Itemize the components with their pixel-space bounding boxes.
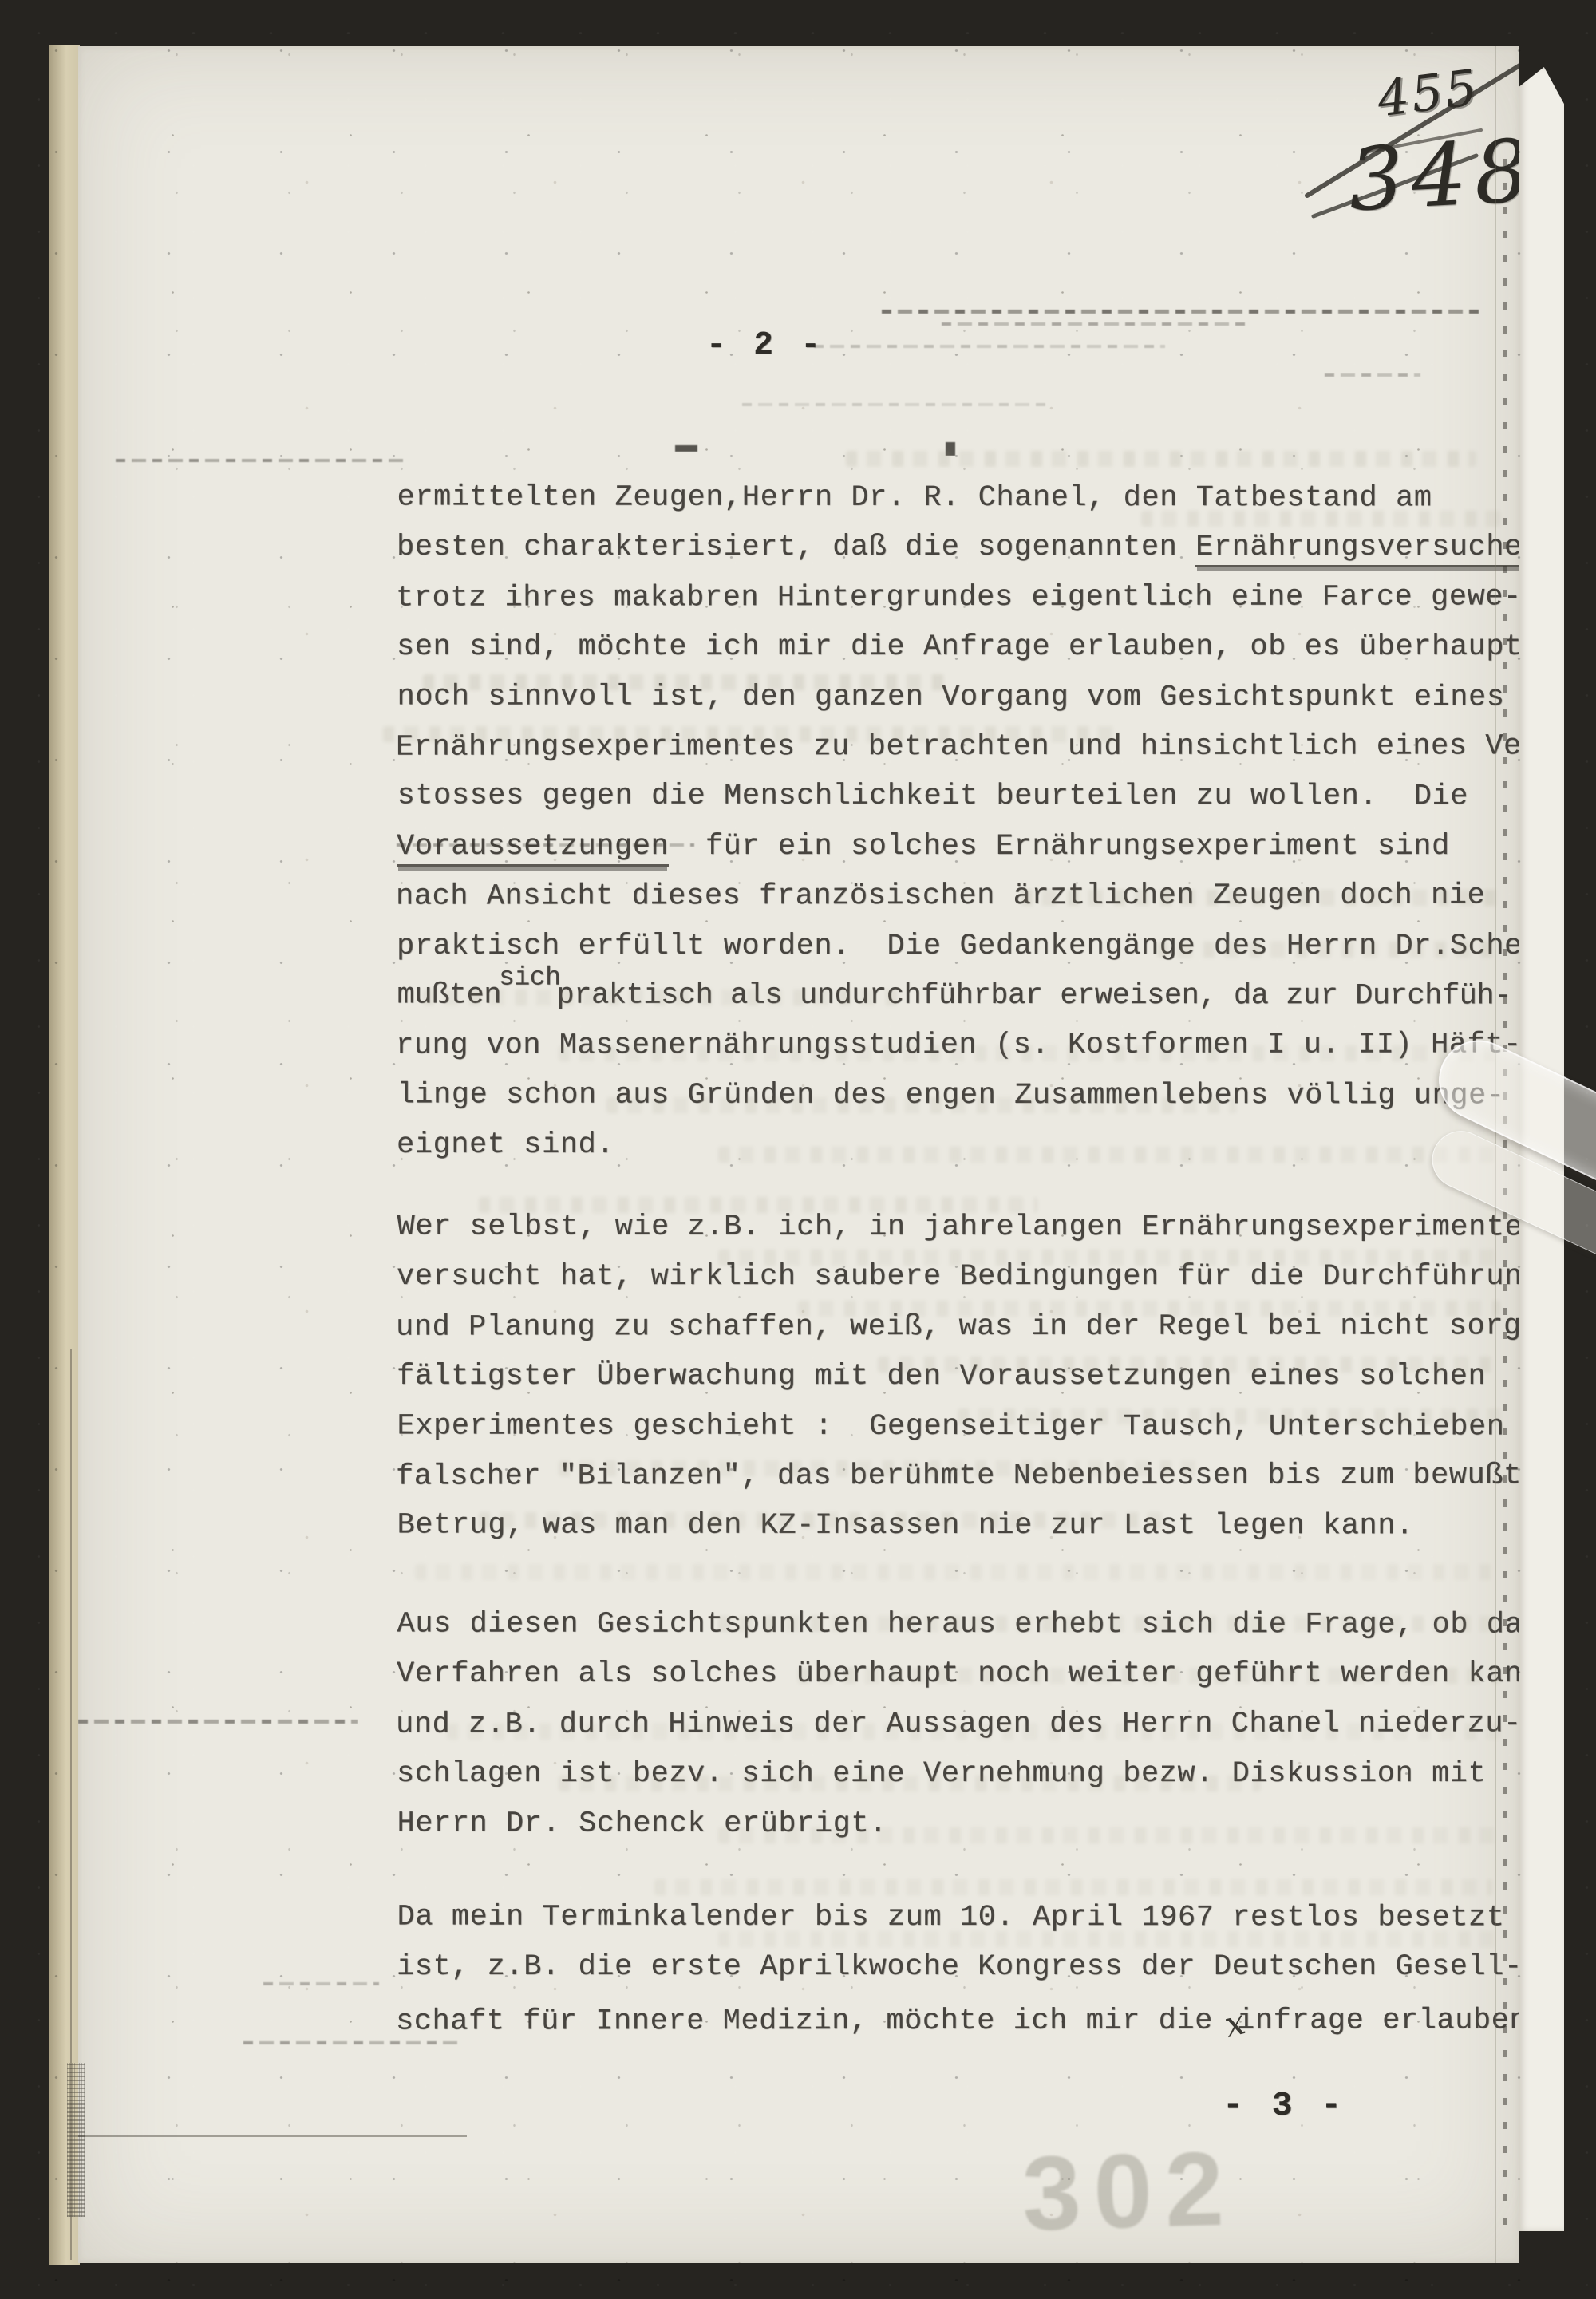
bleed-through-line	[559, 1460, 1197, 1476]
bleed-through-line	[798, 1301, 1500, 1317]
bleed-through-line	[798, 1668, 1500, 1684]
typed-line: ist, z.B. die erste Aprilkwoche Kongress…	[397, 1942, 1519, 1992]
text-segment: trotz ihres makabren Hintergrundes eigen…	[396, 580, 1519, 614]
strikethrough-strokes	[1291, 50, 1519, 242]
text-segment: besten charakterisiert, daß die sogenann…	[397, 531, 1195, 564]
bleed-through-line	[718, 1250, 1500, 1266]
page-number-bottom: - 3 -	[1223, 2086, 1345, 2125]
typed-line: besten charakterisiert, daß die sogenann…	[397, 523, 1519, 572]
paragraph: ermittelten Zeugen,Herrn Dr. R. Chanel, …	[397, 473, 1519, 1170]
typed-line: stosses gegen die Menschlichkeit beurtei…	[397, 772, 1519, 822]
bleed-through-line	[559, 1776, 1261, 1791]
smudge-line	[942, 322, 1245, 326]
typed-line: schlagen ist bezv. sich eine Vernehmung …	[397, 1749, 1519, 1799]
typed-line: schaft für Innere Medizin, möchte ich mi…	[396, 1992, 1519, 2043]
bleed-through-line	[559, 1045, 1500, 1061]
book-spine-edge	[49, 45, 80, 2265]
smudge-line	[116, 459, 407, 462]
text-segment: Wer selbst, wie z.B. ich, in jahrelangen…	[397, 1210, 1519, 1244]
bleed-through-line	[479, 1512, 1173, 1528]
bleed-through-line	[1141, 511, 1500, 527]
bleed-through-line	[606, 1097, 1237, 1113]
text-segment: schaft für Innere Medizin, möchte ich mi…	[396, 2004, 1231, 2038]
bleed-through-line	[1157, 942, 1500, 958]
typed-line: sen sind, möchte ich mir die Anfrage erl…	[397, 622, 1519, 672]
smudge-line	[742, 403, 1045, 406]
scanned-document-page: ermittelten Zeugen,Herrn Dr. R. Chanel, …	[0, 0, 1596, 2299]
smudge-line	[1325, 373, 1420, 377]
bleed-through-line	[1021, 890, 1500, 906]
stamp-number: 302	[1021, 2128, 1238, 2254]
bleed-through-line	[718, 1827, 1500, 1843]
text-segment: ermittelten Zeugen,Herrn Dr. R. Chanel, …	[397, 480, 1432, 515]
underlined-text: Voraussetzungen	[397, 830, 669, 867]
text-segment: infrage erlauben.	[1237, 2004, 1519, 2037]
paragraph: Da mein Terminkalender bis zum 10. April…	[397, 1893, 1519, 2042]
smudge-line	[882, 310, 1480, 314]
bleed-through-line	[718, 1616, 1500, 1632]
bleed-through-line	[654, 1879, 1492, 1895]
text-segment: eignet sind.	[397, 1128, 614, 1162]
typed-line: eignet sind.	[397, 1120, 1519, 1170]
bleed-through-line	[447, 1724, 1500, 1740]
bleed-through-line	[878, 1357, 1500, 1373]
page-crease-line	[70, 1349, 72, 2260]
bleed-through-line	[479, 1197, 1037, 1213]
text-segment: Da mein Terminkalender bis zum 10. April…	[397, 1900, 1504, 1934]
bleed-through-line	[415, 1564, 1500, 1580]
ink-fragment	[675, 445, 697, 452]
smudge-line	[263, 1982, 379, 1985]
bleed-through-line	[958, 1408, 1500, 1424]
text-segment: ist, z.B. die erste Aprilkwoche Kongress…	[397, 1950, 1519, 1984]
bleed-through-line	[423, 990, 902, 1005]
underlined-text: Ernährungsversuche	[1195, 531, 1519, 567]
paper-sheet: ermittelten Zeugen,Herrn Dr. R. Chanel, …	[78, 46, 1519, 2263]
smudge-line	[397, 843, 694, 847]
bleed-through-line	[718, 1931, 1500, 1947]
typed-line: trotz ihres makabren Hintergrundes eigen…	[396, 572, 1519, 623]
text-segment: für ein solches Ernährungsexperiment sin…	[669, 830, 1449, 863]
typed-line: falscher "Bilanzen", das berühmte Nebenb…	[396, 1451, 1519, 1502]
page-number-top: - 2 -	[706, 327, 824, 364]
bleed-through-line	[423, 674, 950, 690]
bleed-through-line	[718, 1147, 1500, 1163]
pencil-line	[78, 2135, 467, 2137]
smudge-line	[243, 2041, 459, 2044]
smudge-line	[78, 1720, 358, 1724]
smudge-line	[814, 345, 1165, 348]
text-segment: sen sind, möchte ich mir die Anfrage erl…	[397, 630, 1519, 664]
typed-line: linge schon aus Gründen des engen Zusamm…	[397, 1070, 1519, 1120]
text-segment: stosses gegen die Menschlichkeit beurtei…	[397, 780, 1468, 814]
bleed-through-line	[383, 726, 1117, 742]
bleed-through-line	[846, 451, 1476, 467]
